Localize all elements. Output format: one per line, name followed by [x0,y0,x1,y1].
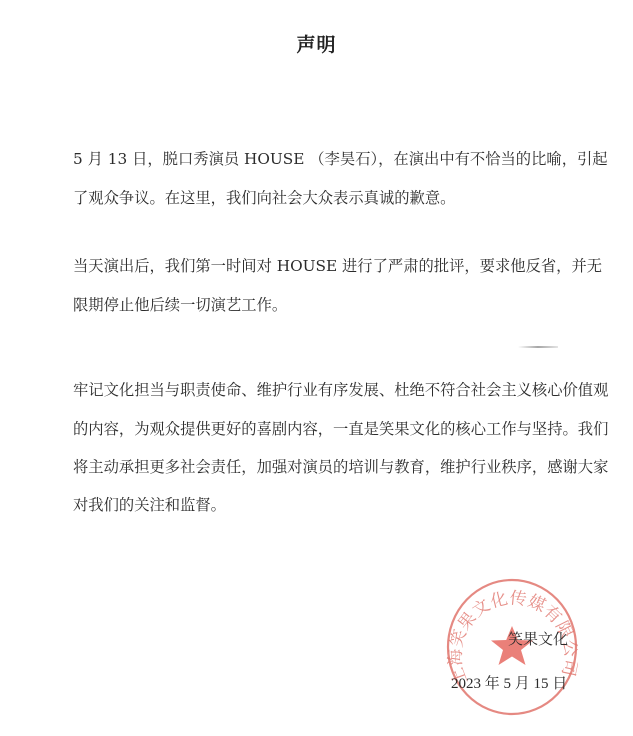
paragraph-line: 5 月 13 日，脱口秀演员 HOUSE （李昊石），在演出中有不恰当的比喻，引… [73,149,608,169]
paragraph-line: 对我们的关注和监督。 [73,495,226,515]
signature: 笑果文化 [508,628,568,649]
document-title: 声明 [0,30,633,57]
paragraph-line: 了观众争议。在这里，我们向社会大众表示真诚的歉意。 [73,188,455,208]
paragraph-line: 的内容，为观众提供更好的喜剧内容，一直是笑果文化的核心工作与坚持。我们 [73,419,608,439]
scan-artifact-line [518,346,558,348]
paragraph-line: 将主动承担更多社会责任，加强对演员的培训与教育，维护行业秩序，感谢大家 [73,457,608,477]
document-date: 2023 年 5 月 15 日 [451,672,567,693]
paragraph-line: 当天演出后，我们第一时间对 HOUSE 进行了严肃的批评，要求他反省，并无 [73,256,602,276]
paragraph-line: 牢记文化担当与职责使命、维护行业有序发展、杜绝不符合社会主义核心价值观 [73,380,608,400]
paragraph-line: 限期停止他后续一切演艺工作。 [73,295,287,315]
